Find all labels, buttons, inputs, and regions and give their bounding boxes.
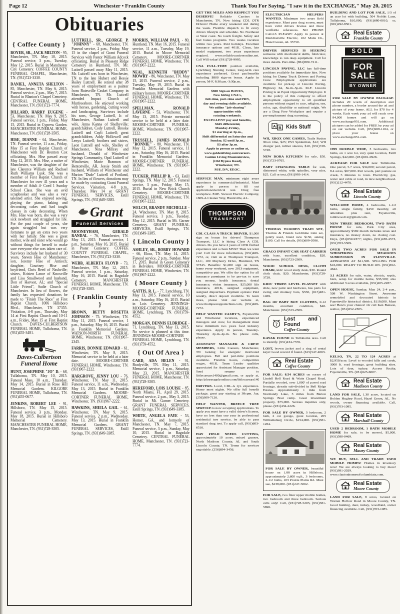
classified-ad-lead: GRACO INFANT CAR SEAT CARRIER bbox=[263, 250, 326, 254]
badge-subtitle: Maury County bbox=[354, 449, 382, 453]
classified-ad-lead: THOMAS WOODEN TRAIN SET, bbox=[266, 227, 324, 231]
obituary-entry: HAWKINS, SHEILA GAIL - 61, Winchester, T… bbox=[72, 406, 129, 435]
obituary-entry-lead: SPELLMAN, RONALD LAVERNE bbox=[133, 106, 190, 115]
grant-logo-banner: Funeral Services bbox=[72, 220, 129, 227]
obituary-section-header: { Out Of Area } bbox=[133, 349, 190, 356]
obituary-entry: SPELLMAN, RONALD LAVERNE - 53, Wincheste… bbox=[133, 106, 190, 135]
badge-subtitle: Franklin County bbox=[354, 36, 384, 40]
obituary-column-2: LUTTRELL, SR., GEORGE P. "JOHNNY" - 68, … bbox=[72, 39, 129, 603]
classified-ad: NEW THREE BEDROOM, TWO BATH HOUSE for sa… bbox=[330, 222, 396, 245]
map-photo bbox=[330, 314, 396, 352]
obituary-entry: HUNT, JOSEPHINE "JO" D. - 68, Tullahoma,… bbox=[11, 370, 68, 399]
classified-ad: WE BUY, SELL AND TRADE USED MOBILE HOMES… bbox=[330, 457, 396, 477]
classified-ad: 1999 DOUBLE WIDE, 3 bedrooms, two baths,… bbox=[330, 147, 396, 159]
classified-ad-lead: KIDS' THREE LEVEL PLAYSET bbox=[263, 282, 318, 286]
grant-funeral-services-ad: GrantFuneral Services bbox=[72, 205, 129, 227]
classified-photo-ad: FOR SALE BY OWNER, beautiful house on 1.… bbox=[263, 429, 326, 491]
classified-ad: NEW DORA KITCHEN for sale, $50. (931)723… bbox=[263, 155, 326, 163]
obituary-entry-lead: HARGROVE, JENNY LOU bbox=[72, 374, 119, 379]
classified-ad-lead: USED 2 BEDROOM, 1 BATH MOBILE HOME bbox=[330, 427, 396, 435]
house-icon bbox=[340, 31, 351, 41]
obituary-entry: DILLARD, HARRY EUGENE - 53, Manchester, … bbox=[11, 110, 68, 135]
house-icon bbox=[340, 379, 351, 389]
classified-ad-lead: OVER TWO ACRES FOR SALE IN WHISPERING ME… bbox=[330, 247, 396, 259]
obituary-entry-lead: TUCKER, PHILLIP R. bbox=[133, 174, 172, 179]
obituary-entry-lead: JENKINS, ROBERT LEE bbox=[11, 401, 57, 406]
obituary-entry: BOYER, SR., JACK MILTON - 95, Manchester… bbox=[11, 51, 68, 80]
obituary-entry: WHITE, ANGELA FAYE - 53, Homer, GA, and … bbox=[133, 414, 190, 448]
obituary-entry-lead: TRUSSELL, JAMES RONALD "RONNIE" bbox=[133, 138, 190, 147]
classified-ad: HELP WANTED, BREECE TREE SERVICE is now … bbox=[196, 402, 259, 429]
page-header: Page 12 Winchester • Franklin County Tha… bbox=[0, 0, 400, 10]
for-sale-by-owner-package-ad: SOLDFORSALEBY OWNERFOR SALE BY OWNER PAC… bbox=[330, 45, 396, 144]
category-badge-real-estate: Real EstateCoffee County bbox=[268, 357, 321, 370]
classified-ad: FOR SALE BY OWNER, 3 bedroom, 2 bath, 2 … bbox=[263, 411, 326, 427]
badge-text: Real EstateCoffee County bbox=[285, 359, 313, 369]
classified-ad-lead: WII, XBOX ONE GAMES, bbox=[263, 136, 306, 140]
obituary-entry-lead: GATTIS, R. L. bbox=[133, 289, 157, 294]
badge-subtitle: Marshall County bbox=[354, 418, 384, 422]
classified-ad: WII, XBOX ONE GAMES, Trails Fusion Xbox … bbox=[263, 137, 326, 153]
classified-ad: DRIVER SERVICES IS SEEKING someone with … bbox=[263, 49, 326, 65]
classified-ad-lead: ASSISTANT MANAGER & CREW MEMBERS, bbox=[196, 342, 259, 350]
classified-ad-lead: WE BUY, SELL AND TRADE USED MOBILE HOMES… bbox=[330, 457, 396, 465]
classified-ad: DRIVERS. Local, CDL-A 1yr. experience. H… bbox=[196, 384, 259, 400]
classified-ad: ELECTRICIAN HELPERS WANTED. Minimum two … bbox=[263, 11, 326, 46]
classified-ad-lead: LINCOLN PAVING, LLC bbox=[263, 66, 305, 70]
classified-ad-lead: GET THE MILES AND RESPECT YOU DESERVE! bbox=[196, 11, 259, 18]
badge-text: Lost and FoundCoffee County bbox=[284, 316, 318, 331]
obituary-entry: DANIEL, ANNETA SHELTON - 85, Manchester,… bbox=[11, 83, 68, 108]
classified-ad: HAY FIELD NEEDS CUTTING, approximately 1… bbox=[196, 432, 259, 452]
obituary-entry-lead: NEAL, KENNETH "BUDDY" MOWRY bbox=[133, 70, 190, 79]
classified-ad-lead: 1999 DOUBLE WIDE, bbox=[330, 147, 367, 151]
category-badge-real-estate: Real EstateMadison County bbox=[337, 377, 390, 390]
classified-ad-lead: ACREAGE FOR SALE bbox=[330, 161, 369, 165]
kids-icon: AB bbox=[272, 122, 284, 132]
classified-ad-lead: SERVICE MAN, bbox=[196, 176, 223, 180]
category-badge-real-estate: Real EstateMaury County bbox=[337, 441, 390, 454]
sold-banner: SOLD bbox=[345, 48, 381, 56]
classified-ad-lead: FOR SALE: 8.54 ACRES bbox=[263, 373, 305, 377]
obituary-entry-lead: BROWN, BETTY ROSETTA JOHNSON bbox=[72, 310, 129, 319]
classified-ad: 3.1 ACRES for sale, water, electric, sep… bbox=[330, 274, 396, 286]
classified-ad-lead: OPEN HOUSE, bbox=[330, 288, 354, 292]
obituary-entry: ASHLEY, SR., BOBBY HOWARD - 66, Elora, T… bbox=[133, 248, 190, 277]
badge-subtitle: Coffee County bbox=[285, 364, 313, 368]
classified-ad: FOR SALE, two fixer upper mobile homes, … bbox=[263, 494, 326, 510]
classified-ad-lead: KELSO, TN, 22 TO 124 ACRES bbox=[330, 355, 390, 359]
category-badge-kids-stuff: ABKids Stuff bbox=[268, 120, 321, 133]
category-badge-real-estate: Real EstateMarshall County bbox=[337, 411, 390, 424]
classified-ad-lead: NEW DORA KITCHEN bbox=[263, 154, 303, 158]
classified-ad-lead: FOR SALE BY OWNER PACKAGE bbox=[333, 96, 394, 100]
obituary-entry-lead: HEREFORD, LOIS LOUISE bbox=[133, 386, 181, 391]
badge-subtitle: Madison County bbox=[354, 384, 383, 388]
obituary-entry-lead: MORGAN, DENNIS ELDRIDGE bbox=[133, 321, 188, 326]
obituary-section-header: { Moore County } bbox=[133, 280, 190, 287]
obituary-entry-lead: WEBB, ALBERTA FLOYD bbox=[72, 261, 119, 266]
obituary-entry-lead: WELCH, BRANDY MICHELLE bbox=[133, 206, 187, 211]
classified-ad: FOR SALE BY OWNER, beautiful house on 1.… bbox=[266, 467, 324, 487]
badge-title: Lost and Found bbox=[284, 316, 318, 327]
badge-text: Real EstateLincoln County bbox=[354, 189, 382, 199]
classified-ad-lead: FOR SALE BY OWNER, bbox=[266, 466, 309, 470]
classified-ad: LAND FOR SALE, 1.30 acres, located on Bo… bbox=[330, 393, 396, 409]
obituary-section-header: { Coffee County } bbox=[11, 41, 68, 48]
obituary-entry-lead: MOONEYHAM, GERALD RANDAL bbox=[72, 229, 129, 238]
badge-subtitle: Lincoln County bbox=[354, 195, 382, 199]
thompson-logo-line2: TRANSPORT bbox=[211, 217, 245, 221]
obituary-entry-lead: LUTTRELL, SR., GEORGE P. "JOHNNY" bbox=[72, 39, 129, 47]
sign-line-sale: SALE bbox=[351, 71, 376, 80]
classified-ad-lead: NEW THREE BEDROOM, TWO BATH HOUSE bbox=[330, 221, 396, 229]
classified-ad: SERVICE MAN, minimum eight years experie… bbox=[196, 177, 259, 200]
classified-ad: LOST, brown jacket and a ring of rental … bbox=[263, 347, 326, 355]
house-icon bbox=[340, 413, 351, 423]
classified-ad-lead: DRIVERS. bbox=[196, 384, 213, 388]
classified-ad-lead: FOR SALE BY OWNER, bbox=[263, 410, 304, 414]
classified-ad: WOOD SCHOOL DESK, CLOTH CHAIR, kids' woo… bbox=[263, 264, 326, 280]
obituaries-box: Obituaries { Coffee County }BOYER, SR., … bbox=[7, 11, 192, 606]
obituary-entry: FARRIS, DONNIE EDWARD - 61, Winchester, … bbox=[72, 347, 129, 372]
badge-text: Real EstateMaury County bbox=[354, 443, 382, 453]
badge-text: Real EstateMadison County bbox=[354, 379, 383, 389]
obituary-column-3: MORRIS, WILLIAM PAUL - 80, Huntland, TN.… bbox=[133, 39, 190, 603]
obituary-entry-lead: HUNT, JOSEPHINE "JO" D. bbox=[11, 370, 60, 375]
header-slogan: Thank You For Saying, "I saw it in the E… bbox=[231, 3, 392, 9]
dove-icon bbox=[77, 207, 89, 217]
classified-ad: LINCOLN PAVING, LLC has full-time positi… bbox=[263, 67, 326, 118]
classified-ad-lead: BAG OF BABY BOY CLOTHES, bbox=[263, 300, 318, 304]
obituary-entry-lead: HAWKINS, SHEILA GAIL bbox=[72, 406, 119, 411]
obituary-entry-lead: FARRIS, DONNIE EDWARD bbox=[72, 346, 121, 351]
category-badge-real-estate: Real EstateMoore County bbox=[337, 480, 390, 493]
classified-ad: ACREAGE FOR SALE near Tullahoma. One par… bbox=[330, 162, 396, 185]
badge-subtitle: Coffee County bbox=[284, 327, 318, 331]
newspaper-page: { "header": { "left": "Page 12", "center… bbox=[0, 0, 400, 614]
category-badge-real-estate: Real EstateLincoln County bbox=[337, 188, 390, 201]
obituary-entry: JENKINS, ROBERT LEE - 91, Hillsboro, TN.… bbox=[11, 402, 68, 431]
obituary-column-1: { Coffee County }BOYER, SR., JACK MILTON… bbox=[11, 39, 68, 603]
classified-ad: BUILDING AND LOT FOR SALE, 1/3 of an acr… bbox=[330, 11, 396, 27]
classified-column-1: GET THE MILES AND RESPECT YOU DESERVE! R… bbox=[196, 11, 259, 609]
classified-ad: KIDS' THREE LEVEL PLAYSET with slide, ne… bbox=[263, 283, 326, 299]
classified-ad: GRACO INFANT CAR SEAT CARRIER with base,… bbox=[263, 250, 326, 262]
obituary-section-header: { Franklin County } bbox=[72, 294, 129, 309]
classified-ad: FOR SALE: 8.54 ACRES on corner of Lindel… bbox=[263, 373, 326, 408]
train-photo bbox=[266, 181, 324, 224]
house-icon bbox=[272, 359, 283, 369]
classified-ad-lead: CNA FULL-TIME bbox=[196, 64, 227, 68]
classified-ad-lead: HELP WANTED ZAXBY'S, bbox=[196, 312, 241, 316]
obituary-entry-lead: ASHLEY, SR., BOBBY HOWARD bbox=[133, 247, 190, 252]
classified-ad: USED 2 BEDROOM, 1 BATH MOBILE HOME for s… bbox=[330, 427, 396, 439]
boxed-ad-line: M/F, D/V, EEOC. bbox=[198, 167, 257, 171]
header-page-number: Page 12 bbox=[9, 3, 27, 9]
page-content: Obituaries { Coffee County }BOYER, SR., … bbox=[0, 10, 400, 609]
obituary-entry: MORGAN, DENNIS ELDRIDGE - 71, Lynchburg,… bbox=[133, 321, 190, 346]
obituary-entry: MORRIS, WILLIAM PAUL - 80, Huntland, TN.… bbox=[133, 39, 190, 68]
svg-text:A: A bbox=[273, 123, 276, 128]
classified-ad: OVER TWO ACRES FOR SALE IN WHISPERING ME… bbox=[330, 248, 396, 271]
classified-ad: LAND FOR SALE, 8 acres, located on Warre… bbox=[330, 496, 396, 512]
house-icon bbox=[340, 443, 351, 453]
obituary-entry: GATTIS, R. L. - 77, Lynchburg, TN. May 1… bbox=[133, 290, 190, 319]
classified-ad-lead: LAND FOR SALE, bbox=[330, 495, 362, 499]
classified-ad: GET THE MILES AND RESPECT YOU DESERVE! R… bbox=[196, 11, 259, 62]
obituary-entry: MOONEYHAM, GERALD RANDAL - 76, Mancheste… bbox=[72, 230, 129, 259]
obituary-entry: CARD, ADA HELEN - 91, Bradyville, TN. Ma… bbox=[133, 359, 190, 384]
badge-text: Real EstateFranklin County bbox=[354, 31, 384, 41]
house-photo bbox=[266, 431, 324, 464]
classified-ad-lead: FOR SALE, bbox=[263, 493, 281, 497]
classified-ad-lead: WOOD SCHOOL DESK, CLOTH CHAIR, bbox=[263, 264, 326, 272]
obituary-entry: BROWN, BETTY ROSETTA JOHNSON - 75, Winch… bbox=[72, 311, 129, 345]
classified-ad: BABY CHANGING TABLE for sale, distressed… bbox=[263, 165, 326, 177]
classified-ad: CNA FULL-TIME position available, Lynchb… bbox=[196, 64, 259, 84]
obituary-entry-lead: DANIEL, ANNETA SHELTON bbox=[11, 82, 64, 87]
classified-ad: KAYAK FOUND in Tullahoma area. Call to i… bbox=[263, 336, 326, 344]
grant-logo-name: Grant bbox=[90, 205, 123, 220]
classified-ad-lead: DRIVER SERVICES IS SEEKING bbox=[263, 48, 326, 52]
classified-ad-lead: KAYAK FOUND bbox=[263, 336, 289, 340]
obituary-entry-lead: BOYER, SR., JACK MILTON bbox=[11, 50, 60, 55]
classified-ad: WELCOME HOME, 4 bedrooms, 1-1/2 baths, s… bbox=[330, 204, 396, 220]
badge-text: Real EstateMoore County bbox=[354, 481, 382, 491]
obituaries-columns: { Coffee County }BOYER, SR., JACK MILTON… bbox=[11, 39, 189, 603]
classified-ad-lead: CDL CLASS A TRUCK DRIVER, bbox=[196, 231, 248, 235]
dog-icon: ? bbox=[272, 319, 282, 329]
page-edge-shadow bbox=[0, 0, 3, 614]
obituary-entry: HARGROVE, JENNY LOU - 76, Winchester, TN… bbox=[72, 374, 129, 403]
obituary-entry-lead: DILLARD, HARRY EUGENE bbox=[11, 110, 64, 115]
obituary-entry-lead: WHITE, ANGELA FAYE bbox=[133, 414, 178, 419]
for-sale-by-owner-sign: FORSALEBY OWNER bbox=[342, 57, 385, 94]
obituary-section-header: { Lincoln County } bbox=[133, 238, 190, 245]
obituary-entry: TRUSSELL, JAMES RONALD "RONNIE" - 80, Wi… bbox=[133, 138, 190, 172]
classified-ad: HELP WANTED ZAXBY'S, Fayetteville and Wi… bbox=[196, 313, 259, 340]
obituary-entry-lead: CARD, ADA HELEN bbox=[133, 358, 175, 363]
classified-ad: OPEN HOUSE, Sunday, May 24, 2-4 p.m., 50… bbox=[330, 288, 396, 311]
classified-ad: BAG OF BABY BOY CLOTHES, 0-12 months, ex… bbox=[263, 301, 326, 313]
obituary-entry: HISE, DIANNE - 64, Manchester, TN. Funer… bbox=[11, 138, 68, 335]
obituary-entry-lead: MORRIS, WILLIAM PAUL bbox=[133, 39, 181, 43]
obituary-entry: HEREFORD, LOIS LOUISE - 85, North Miami,… bbox=[133, 386, 190, 411]
page-scale-wrapper: Page 12 Winchester • Franklin County Tha… bbox=[0, 0, 400, 614]
svg-text:B: B bbox=[279, 125, 282, 130]
daves-culbertson-funeral-home-ad: Daves-CulbertsonFuneral Home bbox=[11, 338, 68, 367]
golden-living-boxed-ad: $800 Sign on BONUS,Now hiring CNA's,full… bbox=[196, 86, 259, 174]
header-region: Winchester • Franklin County bbox=[94, 3, 165, 9]
classified-ad: THOMAS WOODEN TRAIN SET, Thomas & Friend… bbox=[266, 227, 324, 243]
classified-ad: FOR SALE BY OWNER PACKAGE includes 20 wo… bbox=[333, 96, 394, 139]
obituary-entry: WELCH, BRANDY MICHELLE - 24, Winchester,… bbox=[133, 206, 190, 235]
classified-ad-lead: WELCOME HOME, bbox=[330, 203, 364, 207]
classified-photo-ad: THOMAS WOODEN TRAIN SET, Thomas & Friend… bbox=[263, 179, 326, 247]
classified-ad: KELSO, TN, 22 TO 124 ACRES at $2,950/acr… bbox=[330, 355, 396, 375]
badge-subtitle: Moore County bbox=[354, 487, 382, 491]
category-badge-real-estate: Real EstateFranklin County bbox=[337, 29, 390, 42]
classified-ad: CDL CLASS A TRUCK DRIVER, $1,000 sign on… bbox=[196, 232, 259, 310]
classified-ad-lead: ELECTRICIAN HELPERS WANTED. bbox=[266, 13, 324, 21]
daves-logo-line2: Funeral Home bbox=[11, 360, 68, 367]
classified-column-3: BUILDING AND LOT FOR SALE, 1/3 of an acr… bbox=[330, 11, 396, 609]
classified-column-2: ELECTRICIAN HELPERS WANTED. Minimum two … bbox=[263, 11, 326, 609]
obituaries-title: Obituaries bbox=[11, 14, 189, 36]
obituary-entry: LUTTRELL, SR., GEORGE P. "JOHNNY" - 68, … bbox=[72, 39, 129, 203]
grant-logo-row: Grant bbox=[72, 205, 129, 220]
classified-ad-lead: HAY FIELD NEEDS CUTTING, bbox=[196, 432, 259, 436]
thompson-transport-logo: THOMPSONTRANSPORT bbox=[200, 203, 255, 229]
house-icon bbox=[340, 189, 351, 199]
classified-ad-lead: HELP WANTED, BREECE TREE SERVICE bbox=[196, 402, 259, 410]
category-badge-lost-and-found: ?Lost and FoundCoffee County bbox=[268, 315, 321, 333]
classified-ad-lead: LOST, bbox=[263, 346, 273, 350]
classified-ad-lead: BABY CHANGING TABLE bbox=[263, 165, 310, 169]
obituary-entry: TUCKER, PHILLIP R. - 63, Estill Springs,… bbox=[133, 174, 190, 203]
sign-line-by-owner: BY OWNER bbox=[349, 82, 376, 88]
classified-ad: ASSISTANT MANAGER & CREW MEMBERS, Little… bbox=[196, 343, 259, 382]
obituary-entry: WEBB, ALBERTA FLOYD - 73, Manchester, TN… bbox=[72, 262, 129, 291]
obituary-entry: NEAL, KENNETH "BUDDY" MOWRY - 86, Winche… bbox=[133, 70, 190, 104]
house-icon bbox=[340, 481, 351, 491]
classified-ad-lead: 3.1 ACRES bbox=[330, 273, 348, 277]
badge-title: Kids Stuff bbox=[286, 124, 311, 130]
badge-text: Real EstateMarshall County bbox=[354, 413, 384, 423]
classified-ad-lead: LAND FOR SALE, bbox=[330, 393, 361, 397]
classified-ad-lead: BUILDING AND LOT FOR SALE, bbox=[330, 11, 386, 15]
badge-text: Kids Stuff bbox=[286, 124, 311, 130]
obituary-entry-lead: HISE, DIANNE bbox=[11, 137, 38, 142]
